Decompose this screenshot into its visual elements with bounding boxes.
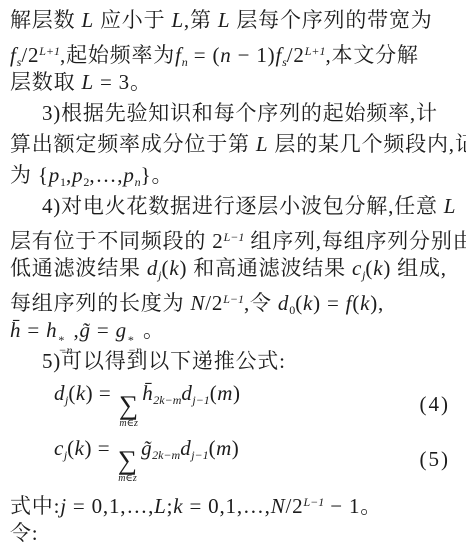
text-run: = xyxy=(91,318,116,342)
text-run: L−1 xyxy=(224,230,245,244)
text-run: d xyxy=(278,291,289,315)
text-run: = 0,1,…, xyxy=(67,494,154,518)
text-run: = ( xyxy=(188,43,221,67)
equation-row: cj(k) = ∑m∈zg̃2k−mdj−1(m)(5) xyxy=(10,432,458,487)
text-line: h̄ = h*−n,g̃ = g*−n。 xyxy=(10,315,458,346)
text-run: ,起始频率为 xyxy=(60,43,175,67)
text-run: m xyxy=(216,436,232,460)
text-run: 令: xyxy=(10,521,38,545)
text-run: k xyxy=(360,291,370,315)
text-run: d xyxy=(181,381,192,405)
text-run: 算出额定频率成分位于第 xyxy=(10,132,256,156)
text-run: k xyxy=(303,291,313,315)
document-body: 解层数 L 应小于 L,第 L 层每个序列的带宽为fs/2L+1,起始频率为fn… xyxy=(10,5,458,545)
text-line: 为 {p1,p2,…,pn}。 xyxy=(10,160,458,191)
text-run: 4)对电火花数据进行逐层小波包分解,任意 xyxy=(42,194,444,218)
text-run: p xyxy=(49,163,60,187)
text-run: 每组序列的长度为 xyxy=(10,291,190,315)
text-run: 2k−m xyxy=(152,448,180,462)
text-run: ( xyxy=(209,436,217,460)
sigma-icon: ∑ xyxy=(119,392,138,418)
paper-page: 解层数 L 应小于 L,第 L 层每个序列的带宽为fs/2L+1,起始频率为fn… xyxy=(0,0,466,545)
text-run: ) xyxy=(232,436,240,460)
text-run: L xyxy=(256,132,268,156)
text-run: − 1) xyxy=(232,43,276,67)
text-run: j−1 xyxy=(191,448,208,462)
text-run: 应小于 xyxy=(94,8,172,32)
text-run: ), xyxy=(370,291,384,315)
text-run: g̃ xyxy=(80,318,91,342)
text-run: n xyxy=(220,43,231,67)
text-run: ) 组成, xyxy=(383,256,447,280)
text-run: ) 和高通滤波结果 xyxy=(179,256,352,280)
summation-symbol: ∑m∈z xyxy=(118,447,137,484)
text-run: L+1 xyxy=(39,44,60,58)
text-run: /2 xyxy=(286,494,304,518)
text-run: d xyxy=(147,256,158,280)
text-run: L+1 xyxy=(305,44,326,58)
text-run: ) = xyxy=(86,381,117,405)
text-line: 算出额定频率成分位于第 L 层的某几个频段内,记 xyxy=(10,129,458,160)
text-run: f xyxy=(175,43,182,67)
text-run: ,…, xyxy=(89,163,123,187)
text-run: 2k−m xyxy=(153,393,181,407)
text-run: ) xyxy=(233,381,241,405)
text-run: k xyxy=(173,494,183,518)
text-run: 5)可以得到以下递推公式: xyxy=(42,349,286,373)
text-run: ) = xyxy=(85,436,116,460)
text-run: }。 xyxy=(141,163,174,187)
text-line: 低通滤波结果 dj(k) 和高通滤波结果 cj(k) 组成, xyxy=(10,253,458,284)
text-run: h xyxy=(46,318,57,342)
text-run: L xyxy=(81,70,93,94)
text-run: N xyxy=(190,291,205,315)
text-line: 4)对电火花数据进行逐层小波包分解,任意 L xyxy=(10,191,458,222)
text-run: /2 xyxy=(205,291,223,315)
text-run: 为 { xyxy=(10,163,49,187)
equation-row: dj(k) = ∑m∈zh̄2k−mdj−1(m)(4) xyxy=(10,377,458,432)
text-run: − 1。 xyxy=(324,494,382,518)
text-run: p xyxy=(72,163,83,187)
text-run: 。 xyxy=(143,318,165,342)
text-run: f xyxy=(10,43,17,67)
text-run: 式中: xyxy=(10,494,60,518)
text-run: L xyxy=(444,194,456,218)
text-run: 层有位于不同频段的 2 xyxy=(10,229,224,253)
text-run: /2 xyxy=(287,43,305,67)
text-run: ( xyxy=(295,291,303,315)
text-run: h̄ xyxy=(10,318,21,342)
text-run: ,令 xyxy=(244,291,278,315)
text-run: p xyxy=(123,163,134,187)
text-run: ( xyxy=(67,436,75,460)
text-run: m xyxy=(217,381,233,405)
text-run: L−1 xyxy=(303,495,324,509)
text-run: j−1 xyxy=(192,393,209,407)
text-run: h̄ xyxy=(142,381,153,405)
text-run: g̃ xyxy=(141,436,152,460)
text-run: g xyxy=(116,318,127,342)
text-run: ) = xyxy=(313,291,346,315)
text-line: fs/2L+1,起始频率为fn = (n − 1)fs/2L+1,本文分解 xyxy=(10,36,458,67)
text-line: 层有位于不同频段的 2L−1 组序列,每组序列分别由 xyxy=(10,222,458,253)
text-run: = 3。 xyxy=(94,70,152,94)
text-run: 解层数 xyxy=(10,8,81,32)
text-run: ( xyxy=(68,381,76,405)
text-run: 低通滤波结果 xyxy=(10,256,147,280)
text-run: ,第 xyxy=(184,8,218,32)
text-run: = 0,1,…, xyxy=(183,494,270,518)
equation-number: (4) xyxy=(420,392,459,417)
text-run: L−1 xyxy=(223,292,244,306)
equation-number: (5) xyxy=(420,447,459,472)
text-run: L xyxy=(218,8,230,32)
text-line: 层数取 L = 3。 xyxy=(10,67,458,98)
text-run: k xyxy=(169,256,179,280)
text-run: L xyxy=(154,494,166,518)
summation-index: m∈z xyxy=(118,474,137,484)
text-run: 3)根据先验知识和每个序列的起始频率,计 xyxy=(42,101,438,125)
sigma-icon: ∑ xyxy=(118,447,137,473)
summation-index: m∈z xyxy=(119,419,138,429)
text-run: N xyxy=(271,494,286,518)
text-run: ,本文分解 xyxy=(325,43,418,67)
text-line: 式中:j = 0,1,…,L;k = 0,1,…,N/2L−1 − 1。 xyxy=(10,487,458,518)
text-run: L xyxy=(171,8,183,32)
text-line: 3)根据先验知识和每个序列的起始频率,计 xyxy=(10,98,458,129)
text-run: L xyxy=(81,8,93,32)
text-run: c xyxy=(54,436,64,460)
text-run: 组序列,每组序列分别由 xyxy=(244,229,466,253)
text-run: j xyxy=(60,494,67,518)
text-run: k xyxy=(76,381,86,405)
text-run: d xyxy=(180,436,191,460)
text-run: = xyxy=(21,318,46,342)
summation-symbol: ∑m∈z xyxy=(119,392,138,429)
equation-formula: dj(k) = ∑m∈zh̄2k−mdj−1(m) xyxy=(10,381,420,429)
text-line: 解层数 L 应小于 L,第 L 层每个序列的带宽为 xyxy=(10,5,458,36)
text-run: d xyxy=(54,381,65,405)
text-run: c xyxy=(352,256,362,280)
text-run: /2 xyxy=(21,43,39,67)
text-run: ( xyxy=(352,291,360,315)
text-run: k xyxy=(75,436,85,460)
text-line: 每组序列的长度为 N/2L−1,令 d0(k) = f(k), xyxy=(10,284,458,315)
text-line: 5)可以得到以下递推公式: xyxy=(10,346,458,377)
equation-formula: cj(k) = ∑m∈zg̃2k−mdj−1(m) xyxy=(10,436,420,484)
text-line: 令: xyxy=(10,518,458,545)
text-run: 层每个序列的带宽为 xyxy=(230,8,432,32)
text-run: 层数取 xyxy=(10,70,81,94)
text-run: 层的某几个频段内,记 xyxy=(268,132,466,156)
text-run: k xyxy=(373,256,383,280)
